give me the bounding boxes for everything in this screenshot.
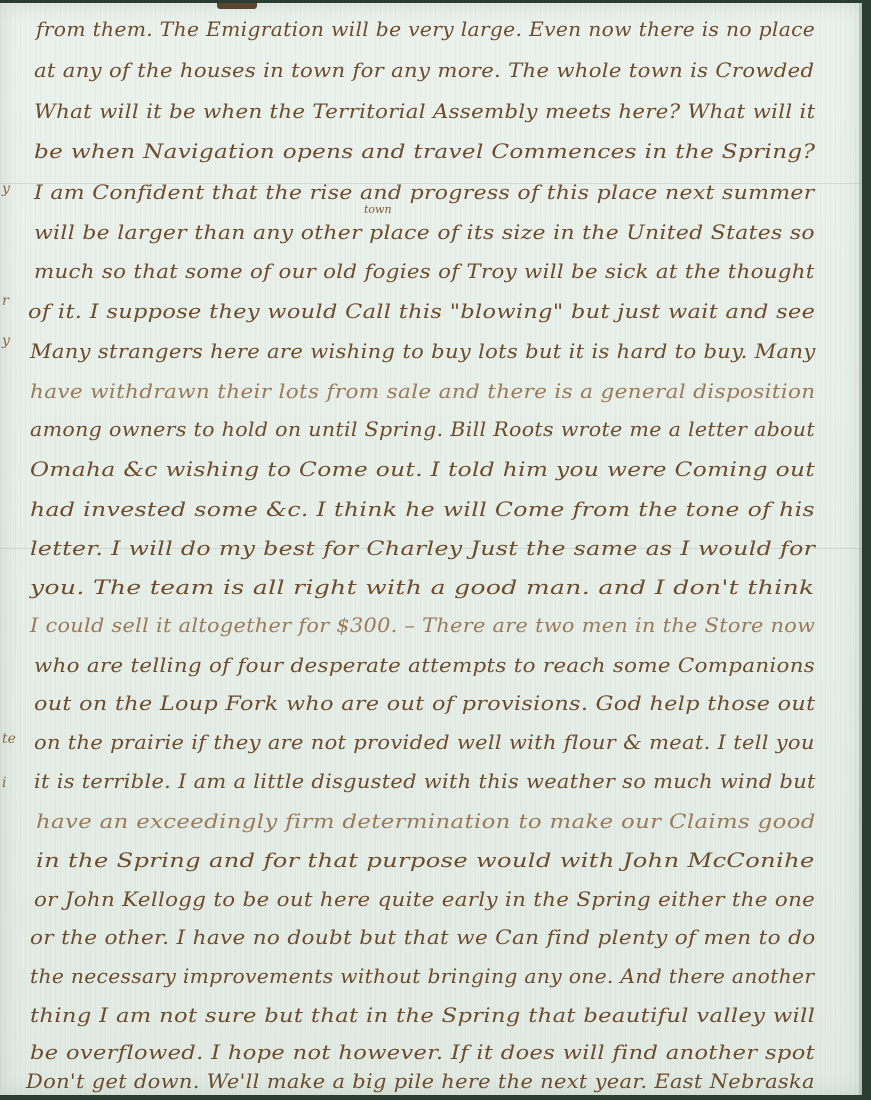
text-line: letter. I will do my best for Charley Ju… xyxy=(30,536,815,560)
margin-mark: y xyxy=(2,333,10,349)
margin-mark: r xyxy=(2,293,9,309)
text-line: be when Navigation opens and travel Comm… xyxy=(34,139,815,163)
text-line: have an exceedingly firm determination t… xyxy=(36,809,816,833)
text-line: in the Spring and for that purpose would… xyxy=(36,848,815,872)
text-line: thing I am not sure but that in the Spri… xyxy=(30,1003,815,1027)
text-line: have withdrawn their lots from sale and … xyxy=(30,379,816,403)
text-line: What will it be when the Territorial Ass… xyxy=(34,99,816,123)
text-line: Don't get down. We'll make a big pile he… xyxy=(26,1069,815,1093)
text-line: Omaha &c wishing to Come out. I told him… xyxy=(30,457,815,481)
text-line: will be larger than any other place of i… xyxy=(34,220,815,244)
text-line: it is terrible. I am a little disgusted … xyxy=(34,769,816,793)
margin-mark: y xyxy=(2,181,10,197)
text-line: Many strangers here are wishing to buy l… xyxy=(30,339,816,363)
text-line: the necessary improvements without bring… xyxy=(30,964,814,988)
letter-body: from them. The Emigration will be very l… xyxy=(0,3,862,1095)
margin-mark: i xyxy=(2,775,6,791)
text-line: I am Confident that the rise and progres… xyxy=(34,180,815,204)
text-line: or John Kellogg to be out here quite ear… xyxy=(34,887,815,911)
text-line: from them. The Emigration will be very l… xyxy=(36,17,815,41)
text-line: I could sell it altogether for $300. – T… xyxy=(30,613,815,637)
text-line: of it. I suppose they would Call this "b… xyxy=(28,299,815,323)
text-line: much so that some of our old fogies of T… xyxy=(34,259,815,283)
text-line: among owners to hold on until Spring. Bi… xyxy=(30,417,815,441)
text-line: on the prairie if they are not provided … xyxy=(34,730,815,754)
text-line: at any of the houses in town for any mor… xyxy=(34,58,814,82)
text-line: had invested some &c. I think he will Co… xyxy=(30,497,815,521)
interlinear-insert: town xyxy=(364,203,392,216)
text-line: be overflowed. I hope not however. If it… xyxy=(30,1040,815,1064)
text-line: you. The team is all right with a good m… xyxy=(30,575,815,599)
margin-mark: te xyxy=(2,731,16,747)
letter-page: from them. The Emigration will be very l… xyxy=(0,3,862,1095)
text-line: or the other. I have no doubt but that w… xyxy=(30,925,816,949)
text-line: who are telling of four desperate attemp… xyxy=(34,653,815,677)
text-line: out on the Loup Fork who are out of prov… xyxy=(34,691,815,715)
scanned-document: from them. The Emigration will be very l… xyxy=(0,0,871,1100)
